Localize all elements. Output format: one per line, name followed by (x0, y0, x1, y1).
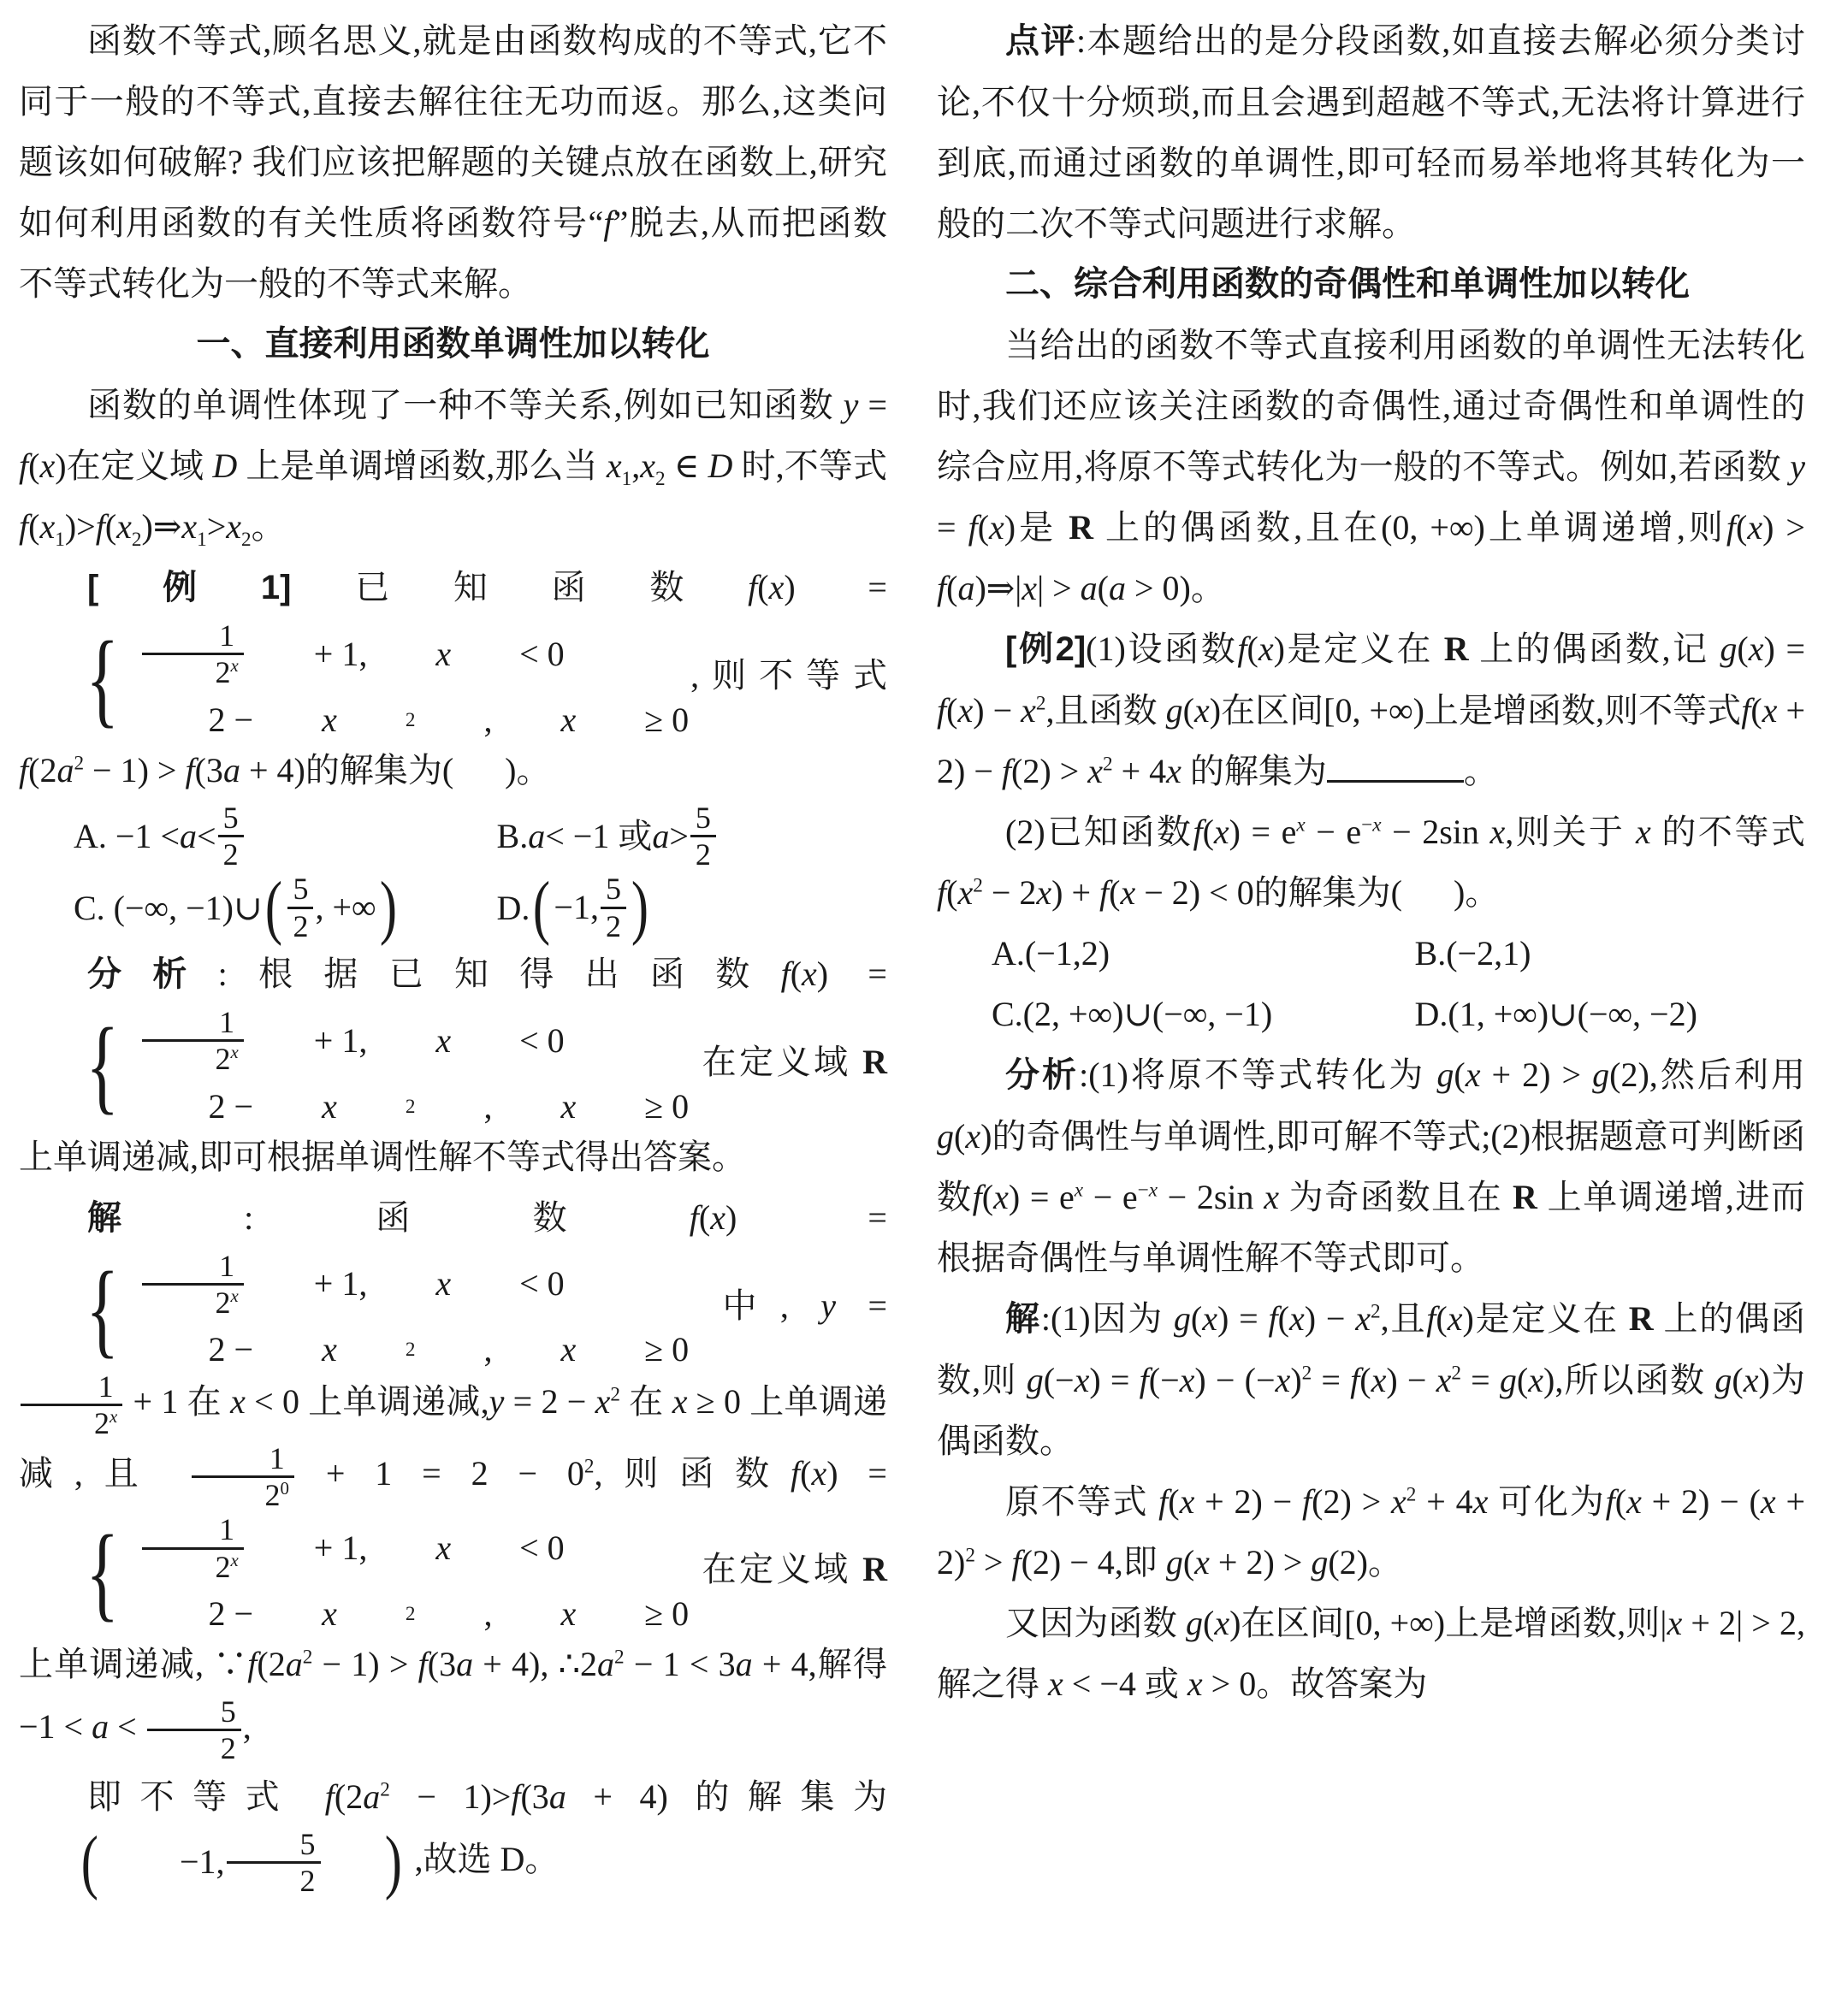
math-variable: f (418, 1645, 428, 1683)
math-variable: y (1790, 447, 1805, 486)
section-1-heading: 一、直接利用函数单调性加以转化 (19, 314, 887, 375)
interval-parens: (−1, 52) (19, 1827, 415, 1899)
math-variable: f (603, 204, 613, 242)
math-variable: a (363, 1777, 380, 1816)
right-column: 点评:本题给出的是分段函数,如直接去解必须分类讨论,不仅十分烦琐,而且会遇到超越… (937, 10, 1805, 1898)
superscript: 2 (973, 875, 983, 897)
math-variable: a (456, 1645, 473, 1683)
example-1-conclusion: 即不等式 f(2a2 − 1)>f(3a + 4) 的解集为(−1, 52),故… (19, 1766, 887, 1899)
math-variable: f (1002, 752, 1011, 790)
fraction-denominator: 2x (142, 1550, 244, 1584)
math-variable: x (1296, 814, 1305, 837)
fraction-numerator: 1 (192, 1441, 294, 1478)
comment-paragraph: 点评:本题给出的是分段函数,如直接去解必须分类讨论,不仅十分烦琐,而且会遇到超越… (937, 10, 1805, 254)
bold-label: [例1] (87, 569, 291, 606)
close-paren: ) (379, 888, 396, 927)
piecewise-row: 12x + 1, x < 0 (140, 618, 690, 690)
math-variable: x (1436, 1361, 1452, 1399)
math-fraction: 12x (142, 1249, 244, 1321)
open-paren: ( (32, 1842, 98, 1882)
math-variable: x (1214, 813, 1229, 851)
monotonicity-paragraph: 函数的单调性体现了一种不等关系,例如已知函数 y = f(x)在定义域 D 上是… (19, 375, 887, 557)
fraction-denominator: 2x (21, 1406, 122, 1440)
superscript: 2 (74, 752, 84, 774)
math-fraction: 52 (218, 801, 244, 872)
parity-paragraph: 当给出的函数不等式直接利用函数的单调性无法转化时,我们还应该关注函数的奇偶性,通… (937, 315, 1805, 618)
math-variable: x (492, 1594, 576, 1634)
math-variable: D (708, 446, 732, 485)
math-variable: x (231, 655, 239, 676)
superscript: x (231, 1550, 239, 1570)
math-variable: x (230, 1382, 246, 1421)
math-variable: x (39, 507, 55, 546)
math-variable: x (1180, 1482, 1195, 1521)
fraction-denominator: 2x (142, 1286, 244, 1320)
fraction-denominator: 2 (227, 1864, 321, 1898)
math-variable: x (39, 446, 55, 485)
math-variable: a (528, 806, 545, 866)
bold-label: 点评 (1005, 22, 1076, 60)
fraction-numerator: 1 (142, 618, 244, 655)
piecewise-row: 2 − x2, x ≥ 0 (140, 701, 690, 740)
fraction-denominator: 20 (192, 1478, 294, 1512)
bold-symbol: R (1513, 1178, 1537, 1216)
math-variable: x (367, 635, 451, 674)
fraction-numerator: 1 (142, 1005, 244, 1042)
math-variable: x (769, 568, 785, 606)
piecewise-function: {12x + 1, x < 02 − x2, x ≥ 0 (21, 1249, 689, 1370)
example-1-solution: 解:函数f(x) = {12x + 1, x < 02 − x2, x ≥ 0 … (19, 1187, 887, 1766)
option-a: A. −1 < a < 52 (74, 801, 497, 872)
math-variable: x (1276, 1361, 1291, 1399)
option-c: C.(2, +∞)∪(−∞, −1) (992, 984, 1415, 1044)
math-variable: x (1021, 691, 1036, 730)
piecewise-rows: 12x + 1, x < 02 − x2, x ≥ 0 (140, 1249, 690, 1370)
two-column-layout: 函数不等式,顾名思义,就是由函数构成的不等式,它不同于一般的不等式,直接去解往往… (0, 0, 1824, 1908)
math-variable: g (1166, 1543, 1183, 1581)
math-variable: x (1762, 691, 1778, 730)
math-variable: x (1528, 1361, 1543, 1399)
math-variable: a (1081, 569, 1098, 607)
superscript: x (231, 1042, 239, 1062)
fraction-denominator: 2x (142, 655, 244, 689)
piecewise-rows: 12x + 1, x < 02 − x2, x ≥ 0 (140, 1005, 690, 1126)
superscript: 2 (610, 1384, 620, 1406)
piecewise-row: 12x + 1, x < 0 (140, 1249, 690, 1321)
math-variable: x (253, 701, 337, 740)
math-variable: f (511, 1777, 520, 1816)
math-variable: x (226, 507, 241, 546)
piecewise-rows: 12x + 1, x < 02 − x2, x ≥ 0 (140, 1512, 690, 1634)
math-variable: y (844, 386, 859, 424)
close-paren: ) (335, 1842, 402, 1882)
subscript: 1 (622, 468, 632, 490)
math-variable: x (253, 1087, 337, 1126)
example-1-options-cd: C. (−∞, −1)∪(52, +∞)D. (−1, 52) (19, 872, 887, 943)
fraction-numerator: 5 (601, 872, 626, 908)
bold-label: 解 (87, 1199, 244, 1237)
math-variable: g (1714, 1361, 1732, 1399)
math-variable: g (1436, 1055, 1454, 1094)
piecewise-function: {12x + 1, x < 02 − x2, x ≥ 0 (21, 618, 689, 740)
math-variable: g (1166, 691, 1183, 730)
bold-symbol: R (862, 1043, 887, 1081)
math-variable: x (1258, 630, 1274, 668)
math-variable: f (937, 569, 946, 607)
math-variable: f (1140, 1361, 1149, 1399)
superscript: −x (1361, 814, 1381, 837)
math-variable: x (1120, 873, 1135, 912)
superscript: 2 (303, 1646, 313, 1669)
fraction-numerator: 5 (287, 872, 313, 908)
math-variable: f (247, 1645, 257, 1683)
fraction-denominator: 2 (287, 909, 313, 943)
math-variable: g (1186, 1604, 1203, 1642)
math-variable: D (212, 446, 237, 485)
math-variable: f (1426, 1299, 1436, 1338)
math-variable: x (1747, 508, 1762, 547)
option-a: A.(−1,2) (992, 923, 1415, 984)
math-variable: x (802, 955, 817, 993)
math-fraction: 12x (142, 1512, 244, 1584)
bold-label: 分析 (1005, 1056, 1079, 1094)
example-1-options-ab: A. −1 < a < 52B. a < −1 或 a > 52 (19, 801, 887, 872)
math-variable: f (96, 507, 105, 546)
math-variable: g (1027, 1361, 1044, 1399)
piecewise-row: 12x + 1, x < 0 (140, 1005, 690, 1077)
fraction-numerator: 5 (227, 1827, 321, 1864)
math-variable: x (492, 1087, 576, 1126)
option-d: D.(1, +∞)∪(−∞, −2) (1415, 984, 1805, 1044)
math-fraction: 12x (142, 1005, 244, 1077)
superscript: x (110, 1406, 117, 1427)
math-variable: x (957, 691, 973, 730)
math-fraction: 52 (227, 1827, 321, 1899)
bold-symbol: R (862, 1550, 887, 1588)
math-variable: x (1761, 1482, 1776, 1521)
math-variable: x (1489, 813, 1505, 851)
math-variable: x (1149, 1179, 1158, 1202)
fraction-denominator: 2 (147, 1731, 241, 1765)
left-brace: { (41, 634, 119, 724)
subscript: 2 (241, 529, 252, 551)
piecewise-row: 2 − x2, x ≥ 0 (140, 1087, 690, 1126)
option-b: B.(−2,1) (1415, 923, 1805, 984)
option-b: B. a < −1 或 a > 52 (497, 801, 887, 872)
example-2-analysis: 分析:(1)将原不等式转化为 g(x + 2) > g(2),然后利用 g(x)… (937, 1044, 1805, 1288)
math-variable: f (1193, 813, 1202, 851)
math-variable: g (1174, 1299, 1191, 1338)
math-variable: a (652, 806, 669, 866)
math-variable: x (989, 508, 1004, 547)
math-variable: x (492, 701, 576, 740)
math-fraction: 12x (142, 618, 244, 690)
example-2-part2: (2)已知函数f(x) = ex − e−x − 2sin x,则关于 x 的不… (937, 801, 1805, 923)
math-variable: f (325, 1777, 335, 1816)
math-variable: x (1636, 813, 1651, 851)
math-variable: x (710, 1198, 725, 1237)
math-variable: x (1466, 1055, 1481, 1094)
fraction-denominator: 2 (690, 837, 716, 872)
piecewise-row: 2 − x2, x ≥ 0 (140, 1330, 690, 1369)
bold-label: 解 (1005, 1300, 1041, 1338)
math-variable: f (185, 751, 194, 789)
option-c: C. (−∞, −1)∪(52, +∞) (74, 872, 497, 943)
fraction-denominator: 2 (601, 909, 626, 943)
math-variable: x (640, 446, 655, 485)
left-column: 函数不等式,顾名思义,就是由函数构成的不等式,它不同于一般的不等式,直接去解往往… (19, 10, 887, 1898)
math-variable: x (231, 1550, 239, 1570)
math-variable: f (1237, 630, 1247, 668)
left-brace: { (41, 1528, 119, 1617)
superscript: x (1296, 814, 1305, 837)
piecewise-row: 2 − x2, x ≥ 0 (140, 1594, 690, 1634)
close-paren: ) (631, 888, 648, 927)
math-variable: x (492, 1330, 576, 1369)
superscript: 2 (965, 1545, 975, 1567)
math-variable: f (968, 508, 978, 547)
math-variable: x (1180, 1361, 1195, 1399)
math-variable: x (116, 507, 132, 546)
math-variable: x (253, 1594, 337, 1634)
math-variable: a (180, 806, 197, 866)
math-variable: y (820, 1286, 836, 1325)
math-variable: x (811, 1454, 826, 1493)
interval-content: 52, +∞ (286, 872, 376, 943)
math-variable: f (19, 751, 28, 789)
math-variable: f (19, 446, 28, 485)
math-variable: f (19, 507, 28, 546)
piecewise-function: {12x + 1, x < 02 − x2, x ≥ 0 (21, 1512, 689, 1634)
math-variable: x (1194, 1543, 1210, 1581)
math-variable: a (736, 1645, 753, 1683)
math-variable: f (1350, 1361, 1359, 1399)
interval-parens: (−1, 52) (530, 872, 652, 943)
example-2-solution-2: 原不等式 f(x + 2) − f(2) > x2 + 4x 可化为f(x + … (937, 1471, 1805, 1593)
math-variable: x (965, 1117, 980, 1156)
math-variable: x (181, 507, 197, 546)
option-d: D. (−1, 52) (497, 872, 887, 943)
math-variable: x (957, 873, 973, 912)
math-variable: x (1214, 1604, 1229, 1642)
fraction-numerator: 1 (142, 1512, 244, 1549)
math-variable: x (607, 446, 622, 485)
example-2-options-ab: A.(−1,2)B.(−2,1) (937, 923, 1805, 984)
math-variable: f (1726, 508, 1736, 547)
math-variable: a (1109, 569, 1126, 607)
math-variable: f (690, 1198, 699, 1237)
math-fraction: 52 (287, 872, 313, 943)
example-2-part1: [例2](1)设函数f(x)是定义在 R 上的偶函数,记 g(x) = f(x)… (937, 618, 1805, 801)
math-variable: a (286, 1645, 303, 1683)
blank-underline (1327, 748, 1464, 783)
math-variable: g (1592, 1055, 1609, 1094)
math-variable: x (1448, 1299, 1463, 1338)
math-variable: f (1099, 873, 1109, 912)
math-variable: a (549, 1777, 566, 1816)
math-variable: f (781, 955, 791, 993)
math-variable: x (1371, 1361, 1387, 1399)
piecewise-rows: 12x + 1, x < 02 − x2, x ≥ 0 (140, 618, 690, 740)
math-variable: x (1264, 1178, 1279, 1216)
intro-paragraph: 函数不等式,顾名思义,就是由函数构成的不等式,它不同于一般的不等式,直接去解往往… (19, 10, 887, 314)
superscript: x (231, 655, 239, 676)
math-variable: x (367, 1528, 451, 1568)
math-variable: x (1187, 1664, 1203, 1703)
math-variable: f (1158, 1482, 1168, 1521)
open-paren: ( (265, 888, 282, 927)
math-variable: g (1720, 630, 1737, 668)
math-variable: x (1355, 1299, 1371, 1338)
section-2-heading: 二、综合利用函数的奇偶性和单调性加以转化 (937, 254, 1805, 315)
superscript: 2 (1036, 693, 1046, 715)
fraction-denominator: 2x (142, 1042, 244, 1076)
left-brace: { (41, 1264, 119, 1354)
example-1-statement: [例1]已知函数f(x) = {12x + 1, x < 02 − x2, x … (19, 557, 887, 801)
subscript: 1 (55, 529, 65, 551)
bold-symbol: R (1629, 1299, 1654, 1338)
fraction-numerator: 1 (142, 1249, 244, 1286)
example-2-solution-1: 解:(1)因为 g(x) = f(x) − x2,且f(x)是定义在 R 上的偶… (937, 1288, 1805, 1471)
interval-parens: (52, +∞) (262, 872, 400, 943)
example-2-solution-3: 又因为函数 g(x)在区间[0, +∞)上是增函数,则|x + 2| > 2,解… (937, 1593, 1805, 1714)
bold-symbol: R (1444, 630, 1469, 668)
fraction-numerator: 1 (21, 1369, 122, 1406)
math-variable: x (1473, 1482, 1489, 1521)
math-fraction: 52 (690, 801, 716, 872)
math-variable: x (993, 1178, 1009, 1216)
math-variable: a (957, 569, 974, 607)
math-fraction: 120 (192, 1441, 294, 1513)
math-fraction: 52 (601, 872, 626, 943)
math-fraction: 52 (147, 1694, 241, 1766)
superscript: 2 (1103, 754, 1113, 776)
subscript: 2 (655, 468, 666, 490)
math-variable: f (973, 1178, 982, 1216)
math-variable: x (110, 1406, 117, 1427)
fraction-numerator: 5 (218, 801, 244, 837)
math-variable: f (1269, 1299, 1278, 1338)
bold-label: 分析 (87, 955, 218, 993)
math-variable: a (597, 1645, 614, 1683)
math-variable: x (1372, 814, 1381, 837)
fraction-denominator: 2 (218, 837, 244, 872)
math-fraction: 12x (21, 1369, 122, 1441)
math-variable: g (937, 1117, 954, 1156)
subscript: 1 (197, 529, 207, 551)
math-variable: x (1036, 873, 1051, 912)
interval-content: −1, 52 (554, 872, 628, 943)
bold-symbol: R (1069, 508, 1093, 547)
bold-label: [例2] (1005, 630, 1086, 668)
math-variable: a (223, 751, 240, 789)
subscript: 2 (132, 529, 142, 551)
math-variable: x (1289, 1299, 1305, 1338)
math-variable: x (1749, 630, 1764, 668)
piecewise-function: {12x + 1, x < 02 − x2, x ≥ 0 (21, 1005, 689, 1126)
example-2-options-cd: C.(2, +∞)∪(−∞, −1)D.(1, +∞)∪(−∞, −2) (937, 984, 1805, 1044)
math-variable: a (92, 1707, 109, 1746)
math-variable: x (253, 1330, 337, 1369)
math-variable: x (1626, 1482, 1642, 1521)
math-variable: f (1011, 1543, 1021, 1581)
superscript: 2 (380, 1778, 390, 1800)
interval-content: −1, 52 (111, 1827, 323, 1899)
math-variable: f (1302, 1482, 1312, 1521)
superscript: x (231, 1286, 239, 1306)
superscript: 0 (281, 1478, 289, 1499)
superscript: −x (1138, 1179, 1158, 1202)
math-variable: f (1606, 1482, 1615, 1521)
math-variable: x (231, 1286, 239, 1306)
math-variable: x (1202, 1299, 1217, 1338)
math-variable: x (1087, 752, 1103, 790)
superscript: 2 (1371, 1301, 1381, 1323)
math-variable: x (1667, 1604, 1682, 1642)
superscript: 2 (1302, 1363, 1312, 1385)
example-1-analysis: 分析:根据已知得出函数f(x) = {12x + 1, x < 02 − x2,… (19, 943, 887, 1187)
piecewise-row: 12x + 1, x < 0 (140, 1512, 690, 1584)
math-variable: f (791, 1454, 800, 1493)
math-variable: x (1744, 1361, 1759, 1399)
math-variable: y (489, 1382, 505, 1421)
math-variable: x (1048, 1664, 1063, 1703)
math-variable: x (1022, 569, 1037, 607)
superscript: 2 (584, 1455, 595, 1477)
math-variable: x (672, 1382, 688, 1421)
superscript: 2 (1451, 1363, 1461, 1385)
math-variable: x (231, 1042, 239, 1062)
superscript: 2 (614, 1646, 625, 1669)
superscript: x (1075, 1179, 1083, 1202)
math-variable: g (1500, 1361, 1517, 1399)
fraction-numerator: 5 (690, 801, 716, 837)
open-paren: ( (533, 888, 550, 927)
math-variable: x (1194, 691, 1210, 730)
math-variable: x (1075, 1361, 1090, 1399)
math-variable: a (56, 751, 74, 789)
math-variable: x (1166, 752, 1181, 790)
math-variable: x (367, 1264, 451, 1304)
math-variable: x (367, 1021, 451, 1061)
math-variable: f (937, 873, 946, 912)
math-variable: x (1075, 1179, 1083, 1202)
fraction-numerator: 5 (147, 1694, 241, 1731)
document-page: { "page": {"background": "#ffffff", "tex… (0, 0, 1824, 2016)
superscript: 2 (1406, 1484, 1417, 1506)
math-variable: f (1741, 691, 1750, 730)
math-variable: x (1391, 1482, 1406, 1521)
math-variable: g (1311, 1543, 1328, 1581)
math-variable: x (595, 1382, 611, 1421)
math-variable: f (937, 691, 946, 730)
left-brace: { (41, 1020, 119, 1110)
math-variable: f (748, 568, 757, 606)
